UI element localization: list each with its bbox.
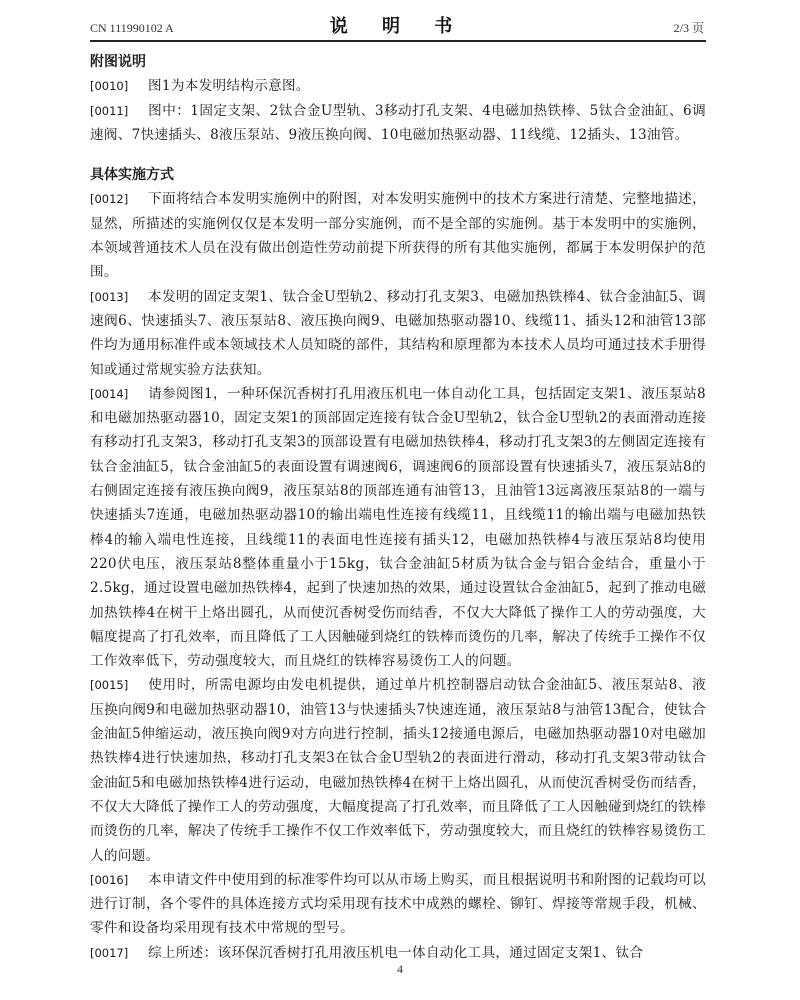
page-number: 4 [397, 962, 403, 976]
paragraph-0014: [0014]请参阅图1，一种环保沉香树打孔用液压机电一体自动化工具，包括固定支架… [90, 382, 706, 674]
paragraph-text: 下面将结合本发明实施例中的附图，对本发明实施例中的技术方案进行清楚、完整地描述，… [90, 191, 706, 280]
paragraph-number: [0010] [90, 74, 148, 98]
document-body: 附图说明 [0010]图1为本发明结构示意图。 [0011]图中：1固定支架、2… [90, 50, 706, 965]
page-info: 2/3 页 [674, 19, 704, 36]
section-gap [90, 147, 706, 163]
page-header: CN 111990102 A 说 明 书 2/3 页 [90, 14, 706, 42]
paragraph-text: 图中：1固定支架、2钛合金U型轨、3移动打孔支架、4电磁加热铁棒、5钛合金油缸、… [90, 103, 706, 143]
paragraph-0013: [0013]本发明的固定支架1、钛合金U型轨2、移动打孔支架3、电磁加热铁棒4、… [90, 285, 706, 382]
paragraph-number: [0015] [90, 673, 148, 697]
paragraph-number: [0011] [90, 99, 148, 123]
paragraph-text: 图1为本发明结构示意图。 [148, 78, 310, 94]
paragraph-text: 请参阅图1，一种环保沉香树打孔用液压机电一体自动化工具，包括固定支架1、液压泵站… [90, 386, 706, 669]
section-heading-drawings: 附图说明 [90, 50, 706, 74]
section-heading-embodiments: 具体实施方式 [90, 163, 706, 187]
paragraph-0011: [0011]图中：1固定支架、2钛合金U型轨、3移动打孔支架、4电磁加热铁棒、5… [90, 99, 706, 148]
paragraph-0010: [0010]图1为本发明结构示意图。 [90, 74, 706, 98]
paragraph-0015: [0015]使用时，所需电源均由发电机提供，通过单片机控制器启动钛合金油缸5、液… [90, 673, 706, 867]
paragraph-text: 使用时，所需电源均由发电机提供，通过单片机控制器启动钛合金油缸5、液压泵站8、液… [90, 677, 706, 863]
paragraph-number: [0014] [90, 382, 148, 406]
paragraph-number: [0016] [90, 868, 148, 892]
paragraph-number: [0013] [90, 285, 148, 309]
paragraph-0016: [0016]本申请文件中使用到的标准零件均可以从市场上购买，而且根据说明书和附图… [90, 868, 706, 941]
document-title: 说 明 书 [90, 12, 706, 38]
paragraph-text: 综上所述：该环保沉香树打孔用液压机电一体自动化工具，通过固定支架1、钛合 [148, 945, 643, 961]
page-footer: 4 [0, 962, 800, 977]
paragraph-number: [0012] [90, 187, 148, 211]
paragraph-text: 本申请文件中使用到的标准零件均可以从市场上购买，而且根据说明书和附图的记载均可以… [90, 872, 706, 937]
paragraph-0012: [0012]下面将结合本发明实施例中的附图，对本发明实施例中的技术方案进行清楚、… [90, 187, 706, 284]
paragraph-text: 本发明的固定支架1、钛合金U型轨2、移动打孔支架3、电磁加热铁棒4、钛合金油缸5… [90, 289, 706, 378]
